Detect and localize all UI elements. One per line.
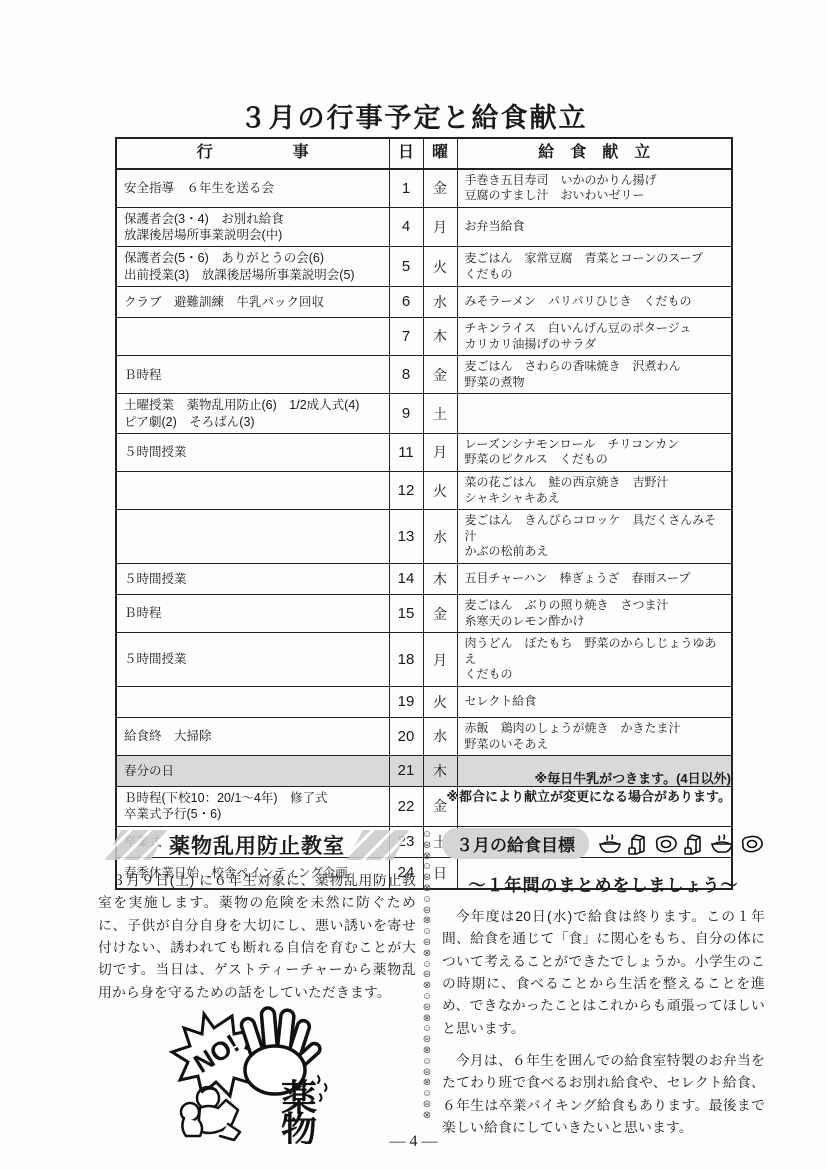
weekday-cell: 月 <box>423 633 457 687</box>
footnote-menu-change: ※都合により献立が変更になる場合があります。 <box>115 788 731 806</box>
event-cell <box>116 686 389 717</box>
weekday-cell: 金 <box>423 356 457 394</box>
menu-cell: 麦ごはん さわらの香味焼き 沢煮わん 野菜の煮物 <box>457 356 732 394</box>
day-cell: 15 <box>389 595 423 633</box>
bottom-sections: 薬物乱用防止教室 ３月９日(土) に６年生対象に、薬物乱用防止教室を実施します。… <box>98 828 760 1144</box>
day-cell: 9 <box>389 394 423 434</box>
table-row: Ｂ時程8金麦ごはん さわらの香味焼き 沢煮わん 野菜の煮物 <box>116 356 732 394</box>
day-cell: 14 <box>389 564 423 595</box>
weekday-cell: 火 <box>423 472 457 510</box>
drug-prevention-section: 薬物乱用防止教室 ３月９日(土) に６年生対象に、薬物乱用防止教室を実施します。… <box>98 828 416 1144</box>
weekday-cell: 火 <box>423 247 457 287</box>
weekday-column-header: 曜 <box>423 138 457 169</box>
event-cell: 保護者会(3・4) お別れ給食 放課後居場所事業説明会(中) <box>116 207 389 247</box>
goal-section-header: ３月の給食目標 <box>442 828 765 859</box>
lunch-goal-section: ３月の給食目標 ～１年間のまとめをしましょう～ 今年度は20日(水)で給食は終り… <box>438 828 765 1144</box>
table-row: 12火菜の花ごはん 鮭の西京焼き 吉野汁 シャキシャキあえ <box>116 472 732 510</box>
table-row: 給食終 大掃除20水赤飯 鶏肉のしょうが焼き かきたま汁 野菜のいそあえ <box>116 717 732 755</box>
goal-paragraph-2: 今月は、６年生を囲んでの給食室特製のお弁当をたてわり班で食べるお別れ給食や、セレ… <box>442 1050 765 1139</box>
event-cell: ５時間授業 <box>116 433 389 471</box>
smiley-divider-column: ☺ ⊜ ⊗ ☺ ⊜ ⊗ ☺ ⊜ ⊗ ☺ ⊜ ⊗ ☺ ⊜ ⊗ ☺ ⊜ ⊗ ☺ ⊜ … <box>416 828 438 1144</box>
goal-paragraph-1: 今年度は20日(水)で給食は終ります。この１年間、給食を通じて「食」に関心をもち… <box>442 906 765 1040</box>
day-cell: 7 <box>389 317 423 355</box>
page-title: ３月の行事予定と給食献立 <box>0 96 827 135</box>
table-row: ５時間授業18月肉うどん ぼたもち 野菜のからしじょうゆあえ くだもの <box>116 633 732 687</box>
menu-cell: 麦ごはん 家常豆腐 青菜とコーンのスープ くだもの <box>457 247 732 287</box>
table-row: 13水麦ごはん きんぴらコロッケ 具だくさんみそ汁 かぶの松前あえ <box>116 510 732 564</box>
menu-cell: お弁当給食 <box>457 207 732 247</box>
weekday-cell: 月 <box>423 207 457 247</box>
diagonal-stripe-decoration-left <box>105 830 167 860</box>
day-cell: 13 <box>389 510 423 564</box>
event-cell <box>116 472 389 510</box>
event-cell: 給食終 大掃除 <box>116 717 389 755</box>
table-row: 7木チキンライス 白いんげん豆のポタージュ カリカリ油揚げのサラダ <box>116 317 732 355</box>
menu-cell: 菜の花ごはん 鮭の西京焼き 吉野汁 シャキシャキあえ <box>457 472 732 510</box>
menu-cell: 赤飯 鶏肉のしょうが焼き かきたま汁 野菜のいそあえ <box>457 717 732 755</box>
table-header-row: 行 事 日 曜 給 食 献 立 <box>116 138 732 169</box>
menu-cell: セレクト給食 <box>457 686 732 717</box>
table-row: クラブ 避難訓練 牛乳パック回収6水みそラーメン パリパリひじき くだもの <box>116 286 732 317</box>
milk-carton-icon <box>627 832 649 856</box>
event-column-header: 行 事 <box>116 138 389 169</box>
event-cell: クラブ 避難訓練 牛乳パック回収 <box>116 286 389 317</box>
diagonal-stripe-decoration-right <box>347 830 409 860</box>
event-cell: ５時間授業 <box>116 564 389 595</box>
menu-cell: レーズンシナモンロール チリコンカン 野菜のピクルス くだもの <box>457 433 732 471</box>
day-column-header: 日 <box>389 138 423 169</box>
day-cell: 12 <box>389 472 423 510</box>
page-number: ― 4 ― <box>0 1133 827 1151</box>
table-row: ５時間授業11月レーズンシナモンロール チリコンカン 野菜のピクルス くだもの <box>116 433 732 471</box>
weekday-cell: 土 <box>423 394 457 434</box>
table-row: 保護者会(3・4) お別れ給食 放課後居場所事業説明会(中)4月お弁当給食 <box>116 207 732 247</box>
weekday-cell: 水 <box>423 717 457 755</box>
menu-cell: 麦ごはん きんぴらコロッケ 具だくさんみそ汁 かぶの松前あえ <box>457 510 732 564</box>
food-icons-row <box>597 832 765 856</box>
event-cell: Ｂ時程 <box>116 595 389 633</box>
weekday-cell: 木 <box>423 317 457 355</box>
event-cell: Ｂ時程 <box>116 356 389 394</box>
menu-cell: 肉うどん ぼたもち 野菜のからしじょうゆあえ くだもの <box>457 633 732 687</box>
event-cell <box>116 317 389 355</box>
day-cell: 4 <box>389 207 423 247</box>
menu-cell <box>457 394 732 434</box>
drug-section-title: 薬物乱用防止教室 <box>169 830 345 860</box>
menu-cell: みそラーメン パリパリひじき くだもの <box>457 286 732 317</box>
day-cell: 19 <box>389 686 423 717</box>
event-cell <box>116 510 389 564</box>
drug-section-body: ３月９日(土) に６年生対象に、薬物乱用防止教室を実施します。薬物の危険を未然に… <box>98 870 416 1004</box>
fried-egg-icon <box>739 834 765 854</box>
day-cell: 8 <box>389 356 423 394</box>
menu-cell: 手巻き五目寿司 いかのかりん揚げ 豆腐のすまし汁 おいわいゼリー <box>457 169 732 208</box>
day-cell: 6 <box>389 286 423 317</box>
weekday-cell: 月 <box>423 433 457 471</box>
event-cell: 保護者会(5・6) ありがとうの会(6) 出前授業(3) 放課後居場所事業説明会… <box>116 247 389 287</box>
weekday-cell: 金 <box>423 169 457 208</box>
day-cell: 1 <box>389 169 423 208</box>
weekday-cell: 金 <box>423 595 457 633</box>
milk-carton-icon <box>683 832 705 856</box>
event-cell: ５時間授業 <box>116 633 389 687</box>
table-row: 土曜授業 薬物乱用防止(6) 1/2成人式(4) ピア劇(2) そろばん(3)9… <box>116 394 732 434</box>
no-drugs-illustration: NO! <box>142 1006 372 1144</box>
day-cell: 11 <box>389 433 423 471</box>
soup-bowl-icon <box>597 833 623 855</box>
table-footnotes: ※毎日牛乳がつきます。(4日以外) ※都合により献立が変更になる場合があります。 <box>115 770 731 806</box>
weekday-cell: 木 <box>423 564 457 595</box>
day-cell: 5 <box>389 247 423 287</box>
menu-cell: チキンライス 白いんげん豆のポタージュ カリカリ油揚げのサラダ <box>457 317 732 355</box>
goal-subtitle: ～１年間のまとめをしましょう～ <box>442 871 765 896</box>
menu-cell: 五目チャーハン 棒ぎょうざ 春雨スープ <box>457 564 732 595</box>
table-row: ５時間授業14木五目チャーハン 棒ぎょうざ 春雨スープ <box>116 564 732 595</box>
weekday-cell: 水 <box>423 510 457 564</box>
goal-section-title: ３月の給食目標 <box>442 828 589 859</box>
event-cell: 土曜授業 薬物乱用防止(6) 1/2成人式(4) ピア劇(2) そろばん(3) <box>116 394 389 434</box>
newsletter-page: ３月の行事予定と給食献立 行 事 日 曜 給 食 献 立 安全指導 ６年生を送る… <box>0 0 827 1169</box>
day-cell: 20 <box>389 717 423 755</box>
drug-section-header: 薬物乱用防止教室 <box>98 830 416 860</box>
table-row: 安全指導 ６年生を送る会1金手巻き五目寿司 いかのかりん揚げ 豆腐のすまし汁 お… <box>116 169 732 208</box>
day-cell: 18 <box>389 633 423 687</box>
weekday-cell: 火 <box>423 686 457 717</box>
menu-column-header: 給 食 献 立 <box>457 138 732 169</box>
menu-cell: 麦ごはん ぶりの照り焼き さつま汁 糸寒天のレモン酢かけ <box>457 595 732 633</box>
table-row: 保護者会(5・6) ありがとうの会(6) 出前授業(3) 放課後居場所事業説明会… <box>116 247 732 287</box>
table-row: 19火セレクト給食 <box>116 686 732 717</box>
fried-egg-icon <box>653 834 679 854</box>
soup-bowl-icon <box>709 833 735 855</box>
event-cell: 安全指導 ６年生を送る会 <box>116 169 389 208</box>
footnote-milk: ※毎日牛乳がつきます。(4日以外) <box>115 770 731 788</box>
sweat-drops-icon <box>318 1076 327 1101</box>
weekday-cell: 水 <box>423 286 457 317</box>
table-row: Ｂ時程15金麦ごはん ぶりの照り焼き さつま汁 糸寒天のレモン酢かけ <box>116 595 732 633</box>
